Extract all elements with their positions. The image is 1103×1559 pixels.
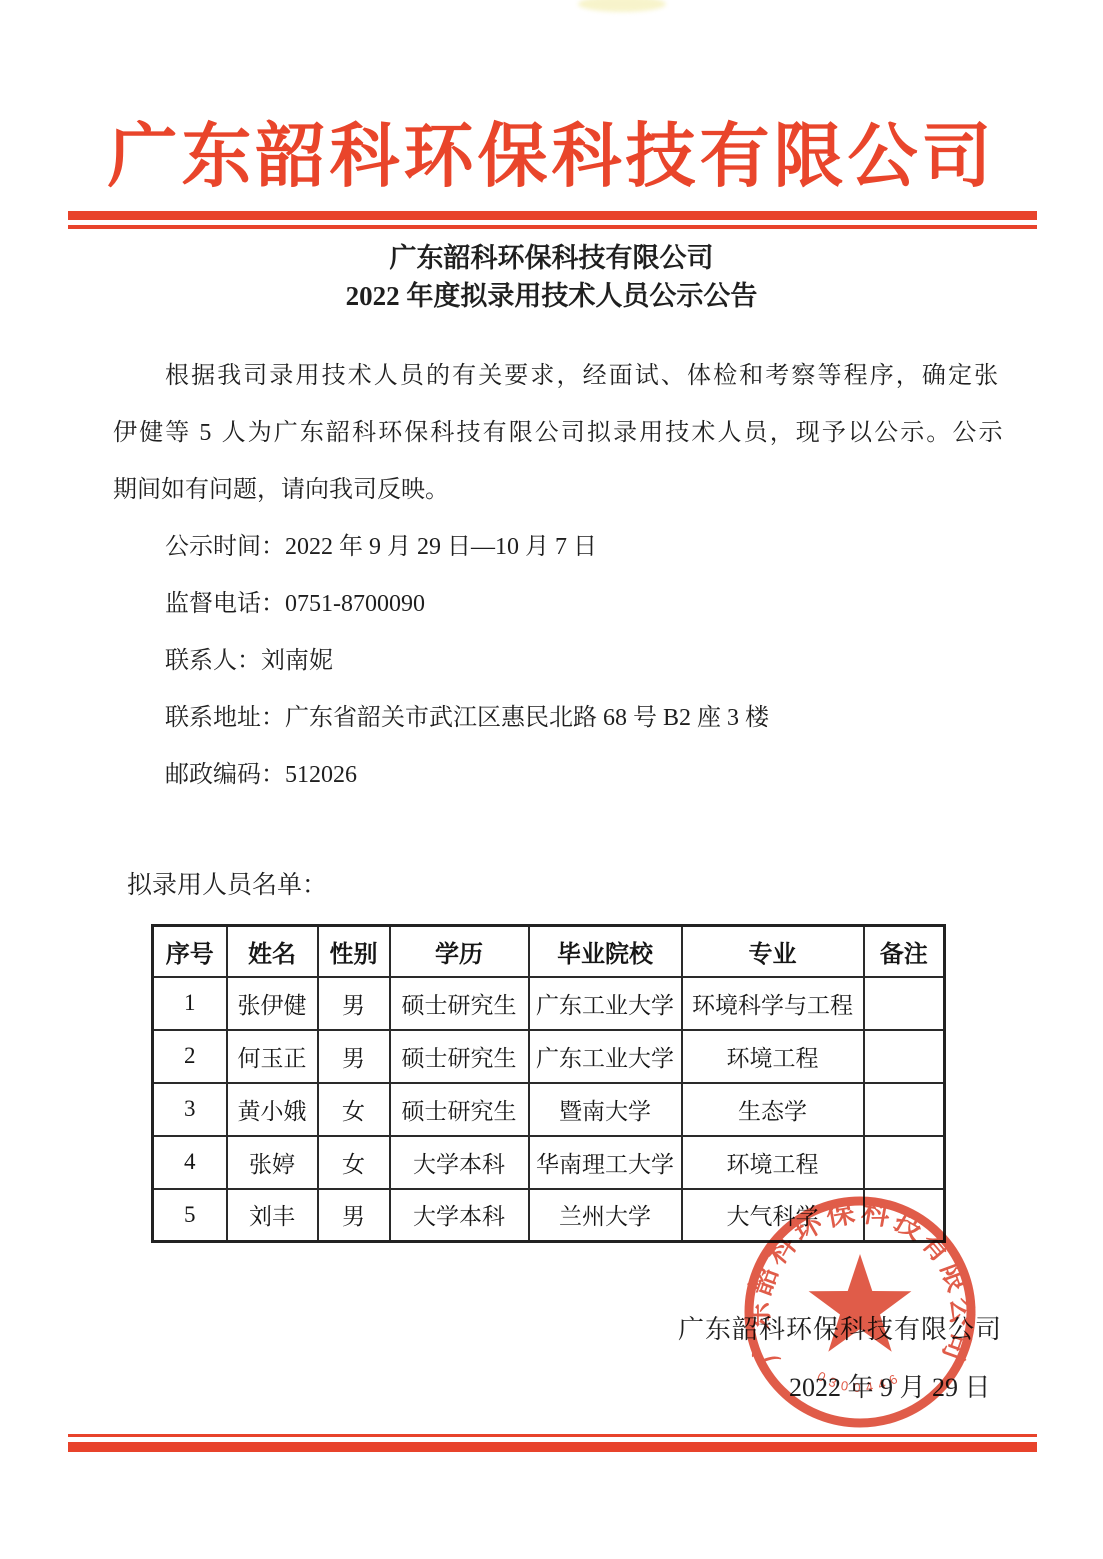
column-header-school: 毕业院校 (529, 926, 682, 977)
table-row: 2 何玉正 男 硕士研究生 广东工业大学 环境工程 (153, 1030, 945, 1083)
table-cell: 刘丰 (227, 1189, 318, 1242)
table-cell: 男 (318, 1189, 390, 1242)
table-cell: 兰州大学 (529, 1189, 682, 1242)
table-cell: 大学本科 (390, 1136, 529, 1189)
detail-line-public-period: 公示时间：2022 年 9 月 29 日—10 月 7 日 (113, 519, 1039, 576)
table-cell: 广东工业大学 (529, 977, 682, 1030)
document-page: 广东韶科环保科技有限公司 广东韶科环保科技有限公司 2022 年度拟录用技术人员… (0, 0, 1103, 1559)
table-cell: 黄小娥 (227, 1083, 318, 1136)
table-cell: 硕士研究生 (390, 1083, 529, 1136)
table-cell: 男 (318, 1030, 390, 1083)
table-cell: 硕士研究生 (390, 977, 529, 1030)
table-cell: 女 (318, 1083, 390, 1136)
table-row: 3 黄小娥 女 硕士研究生 暨南大学 生态学 (153, 1083, 945, 1136)
table-cell: 张伊健 (227, 977, 318, 1030)
table-cell: 环境工程 (682, 1030, 864, 1083)
table-cell: 硕士研究生 (390, 1030, 529, 1083)
table-cell (864, 1136, 945, 1189)
table-cell: 广东工业大学 (529, 1030, 682, 1083)
detail-line-postal-code: 邮政编码：512026 (113, 747, 1039, 804)
table-cell: 环境科学与工程 (682, 977, 864, 1030)
column-header-remark: 备注 (864, 926, 945, 977)
footer-rule-thin (68, 1434, 1037, 1437)
table-cell: 暨南大学 (529, 1083, 682, 1136)
table-header-row: 序号 姓名 性别 学历 毕业院校 专业 备注 (153, 926, 945, 977)
paragraph-line: 伊健等 5 人为广东韶科环保科技有限公司拟录用技术人员，现予以公示。公示 (113, 405, 1039, 462)
table-cell (864, 1083, 945, 1136)
table-cell (864, 977, 945, 1030)
table-cell: 4 (153, 1136, 227, 1189)
table-cell: 何玉正 (227, 1030, 318, 1083)
body-text: 根据我司录用技术人员的有关要求，经面试、体检和考察等程序，确定张 伊健等 5 人… (113, 348, 1039, 804)
table-cell: 生态学 (682, 1083, 864, 1136)
header-rule-thin (68, 225, 1037, 229)
column-header-major: 专业 (682, 926, 864, 977)
header-rule-thick (68, 211, 1037, 220)
table-cell: 大学本科 (390, 1189, 529, 1242)
table-row: 1 张伊健 男 硕士研究生 广东工业大学 环境科学与工程 (153, 977, 945, 1030)
seal-serial-text: 0300446 (815, 1368, 906, 1395)
table-cell: 3 (153, 1083, 227, 1136)
table-cell: 环境工程 (682, 1136, 864, 1189)
table-cell: 女 (318, 1136, 390, 1189)
doc-title-line1: 广东韶科环保科技有限公司 (0, 242, 1103, 274)
company-seal: 广东韶科环保科技有限公司 0300446 (730, 1182, 990, 1442)
table-cell: 华南理工大学 (529, 1136, 682, 1189)
table-cell: 2 (153, 1030, 227, 1083)
table-cell (864, 1030, 945, 1083)
letterhead-title: 广东韶科环保科技有限公司 (0, 108, 1103, 208)
detail-line-contact-address: 联系地址：广东省韶关市武江区惠民北路 68 号 B2 座 3 楼 (113, 690, 1039, 747)
detail-line-contact-person: 联系人：刘南妮 (113, 633, 1039, 690)
column-header-education: 学历 (390, 926, 529, 977)
seal-star-icon (809, 1254, 912, 1352)
paragraph-line: 根据我司录用技术人员的有关要求，经面试、体检和考察等程序，确定张 (113, 348, 1039, 405)
table-cell: 1 (153, 977, 227, 1030)
detail-line-supervise-phone: 监督电话：0751-8700090 (113, 576, 1039, 633)
column-header-name: 姓名 (227, 926, 318, 977)
column-header-gender: 性别 (318, 926, 390, 977)
column-header-index: 序号 (153, 926, 227, 977)
paragraph-line: 期间如有问题，请向我司反映。 (113, 462, 1039, 519)
doc-title-line2: 2022 年度拟录用技术人员公示公告 (0, 280, 1103, 312)
roster-section-label: 拟录用人员名单： (127, 871, 327, 901)
table-row: 4 张婷 女 大学本科 华南理工大学 环境工程 (153, 1136, 945, 1189)
footer-rule-thick (68, 1442, 1037, 1452)
table-cell: 男 (318, 977, 390, 1030)
table-cell: 5 (153, 1189, 227, 1242)
scan-smudge (578, 0, 666, 12)
table-cell: 张婷 (227, 1136, 318, 1189)
